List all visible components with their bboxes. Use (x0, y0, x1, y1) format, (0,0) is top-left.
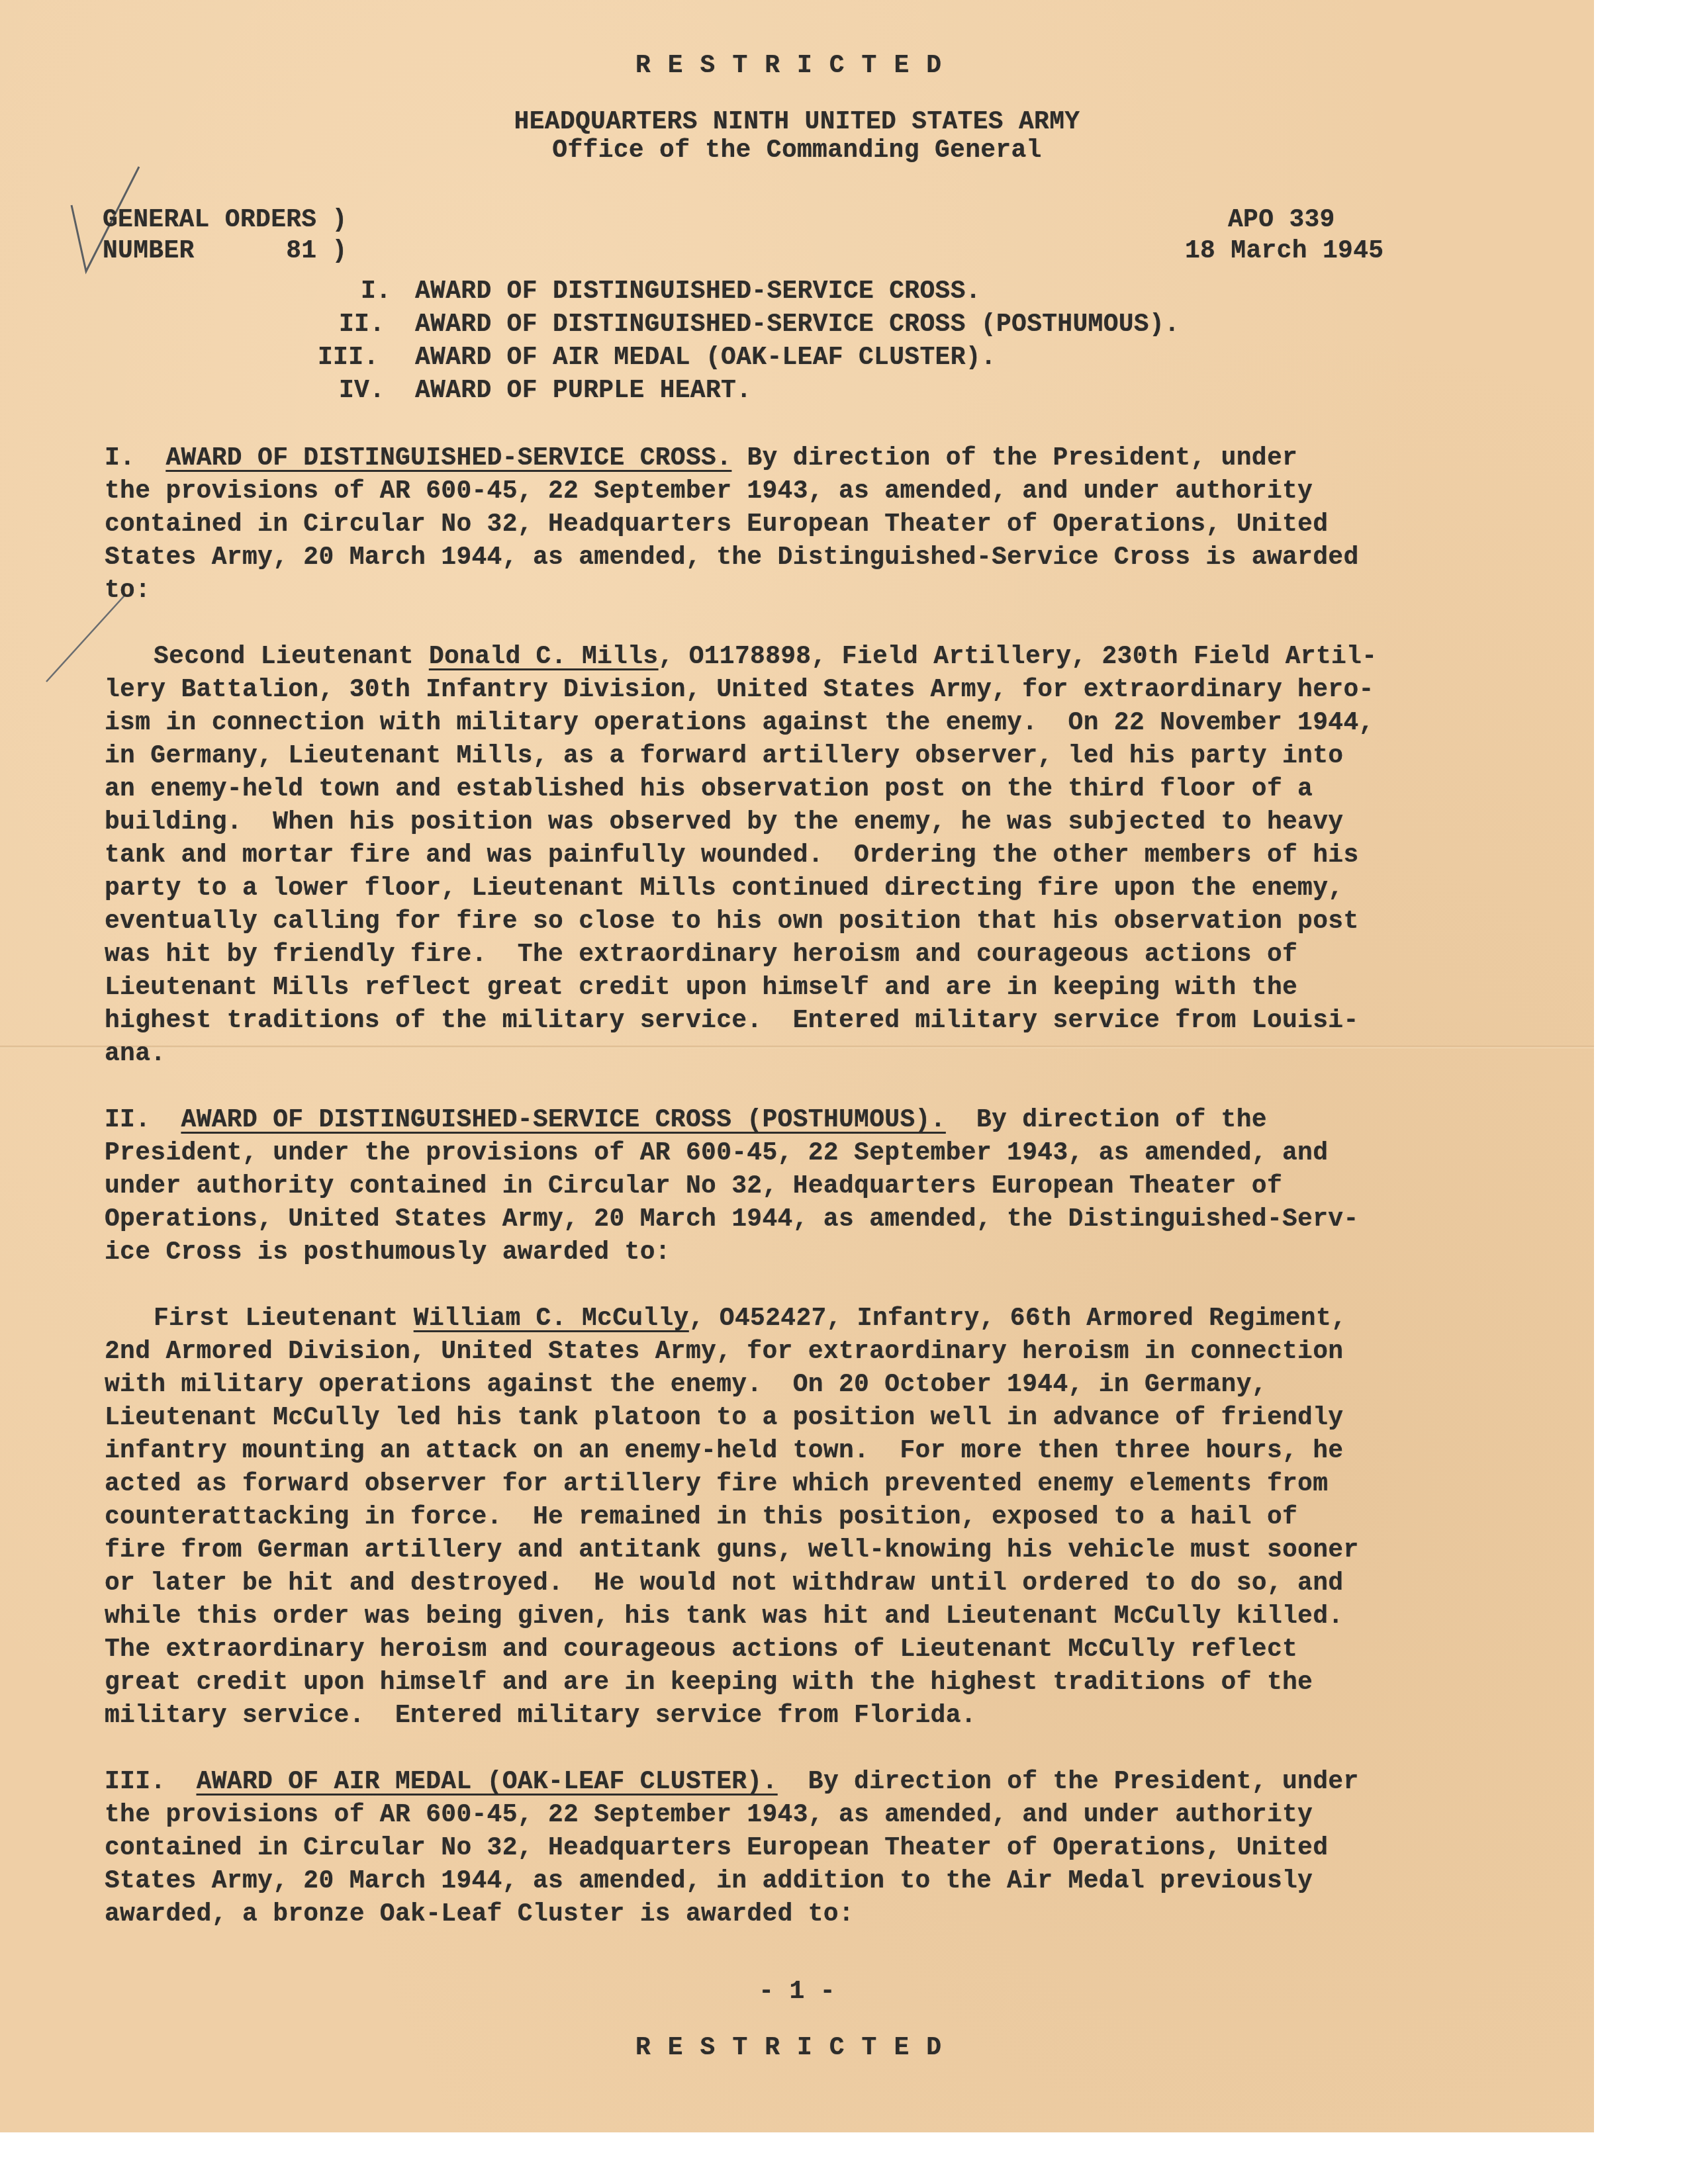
intro-line: contained in Circular No 32, Headquarter… (105, 1832, 1328, 1865)
intro-line: By direction of the President, under (778, 1768, 1359, 1796)
citation-line: in Germany, Lieutenant Mills, as a forwa… (105, 740, 1343, 773)
intro-line: By direction of the President, under (731, 444, 1297, 473)
citation-line: Lieutenant Mills reflect great credit up… (105, 972, 1297, 1005)
citation-line: was hit by friendly fire. The extraordin… (105, 938, 1297, 972)
citation-line: counterattacking in force. He remained i… (105, 1501, 1297, 1534)
intro-line: ice Cross is posthumously awarded to: (105, 1236, 671, 1269)
section-heading: AWARD OF DISTINGUISHED-SERVICE CROSS (PO… (181, 1106, 946, 1134)
apo-number: APO 339 (1228, 204, 1335, 237)
office-subtitle: Office of the Commanding General (0, 134, 1594, 167)
section-numeral: II. AWARD OF DISTINGUISHED-SERVICE CROSS… (105, 1104, 1267, 1137)
citation-line: infantry mounting an attack on an enemy-… (105, 1435, 1343, 1468)
page-number: - 1 - (0, 1976, 1594, 2009)
citation-line: or later be hit and destroyed. He would … (105, 1567, 1343, 1600)
citation-line: 2nd Armored Division, United States Army… (105, 1336, 1343, 1369)
citation-line: highest traditions of the military servi… (105, 1005, 1359, 1038)
recipient-name: Donald C. Mills (429, 643, 659, 671)
orders-number: NUMBER 81 ) (103, 235, 348, 268)
citation-line: eventually calling for fire so close to … (105, 905, 1359, 938)
citation-line: ana. (105, 1038, 165, 1071)
intro-line: States Army, 20 March 1944, as amended, … (105, 1865, 1313, 1898)
citation-line: tank and mortar fire and was painfully w… (105, 839, 1359, 872)
paper-fold-line (0, 1046, 1594, 1048)
citation-line: lery Battalion, 30th Infantry Division, … (105, 674, 1374, 707)
intro-line: the provisions of AR 600-45, 22 Septembe… (105, 475, 1313, 508)
citation-line: fire from German artillery and antitank … (105, 1534, 1359, 1567)
general-orders-label: GENERAL ORDERS ) (103, 204, 348, 237)
citation-line: party to a lower floor, Lieutenant Mills… (105, 872, 1343, 905)
citation-line: building. When his position was observed… (105, 806, 1343, 839)
intro-line: under authority contained in Circular No… (105, 1170, 1282, 1203)
intro-line: awarded, a bronze Oak-Leaf Cluster is aw… (105, 1898, 854, 1931)
intro-line: to: (105, 574, 150, 608)
contents-numeral: II. (339, 308, 385, 341)
citation-line: while this order was being given, his ta… (105, 1600, 1343, 1633)
citation-line: ism in connection with military operatio… (105, 707, 1374, 740)
citation-line: The extraordinary heroism and courageous… (105, 1633, 1297, 1666)
contents-item: AWARD OF AIR MEDAL (OAK-LEAF CLUSTER). (415, 341, 996, 375)
intro-line: Operations, United States Army, 20 March… (105, 1203, 1359, 1236)
document-page: RESTRICTED HEADQUARTERS NINTH UNITED STA… (0, 0, 1594, 2132)
section-heading: AWARD OF DISTINGUISHED-SERVICE CROSS. (165, 444, 731, 473)
citation-line: with military operations against the ene… (105, 1369, 1267, 1402)
citation-first-line: First Lieutenant William C. McCully, O45… (154, 1302, 1346, 1336)
recipient-name: William C. McCully (414, 1304, 689, 1333)
intro-line: the provisions of AR 600-45, 22 Septembe… (105, 1799, 1313, 1832)
classification-top: RESTRICTED (0, 50, 1594, 83)
contents-numeral: III. (318, 341, 379, 375)
intro-line: By direction of the (946, 1106, 1267, 1134)
citation-line: acted as forward observer for artillery … (105, 1468, 1328, 1501)
contents-item: AWARD OF DISTINGUISHED-SERVICE CROSS (PO… (415, 308, 1180, 341)
contents-item: AWARD OF DISTINGUISHED-SERVICE CROSS. (415, 275, 981, 308)
contents-numeral: I. (361, 275, 391, 308)
section-heading: AWARD OF AIR MEDAL (OAK-LEAF CLUSTER). (197, 1768, 778, 1796)
citation-line: Lieutenant McCully led his tank platoon … (105, 1402, 1343, 1435)
intro-line: contained in Circular No 32, Headquarter… (105, 508, 1328, 541)
order-date: 18 March 1945 (1185, 235, 1383, 268)
citation-line: great credit upon himself and are in kee… (105, 1666, 1313, 1700)
citation-line: military service. Entered military servi… (105, 1700, 976, 1733)
citation-first-line: Second Lieutenant Donald C. Mills, O1178… (154, 641, 1377, 674)
section-numeral: III. AWARD OF AIR MEDAL (OAK-LEAF CLUSTE… (105, 1766, 1359, 1799)
classification-bottom: RESTRICTED (0, 2032, 1594, 2065)
section-numeral: I. AWARD OF DISTINGUISHED-SERVICE CROSS.… (105, 442, 1297, 475)
citation-line: an enemy-held town and established his o… (105, 773, 1313, 806)
intro-line: President, under the provisions of AR 60… (105, 1137, 1328, 1170)
intro-line: States Army, 20 March 1944, as amended, … (105, 541, 1359, 574)
contents-numeral: IV. (339, 375, 385, 408)
contents-item: AWARD OF PURPLE HEART. (415, 375, 751, 408)
